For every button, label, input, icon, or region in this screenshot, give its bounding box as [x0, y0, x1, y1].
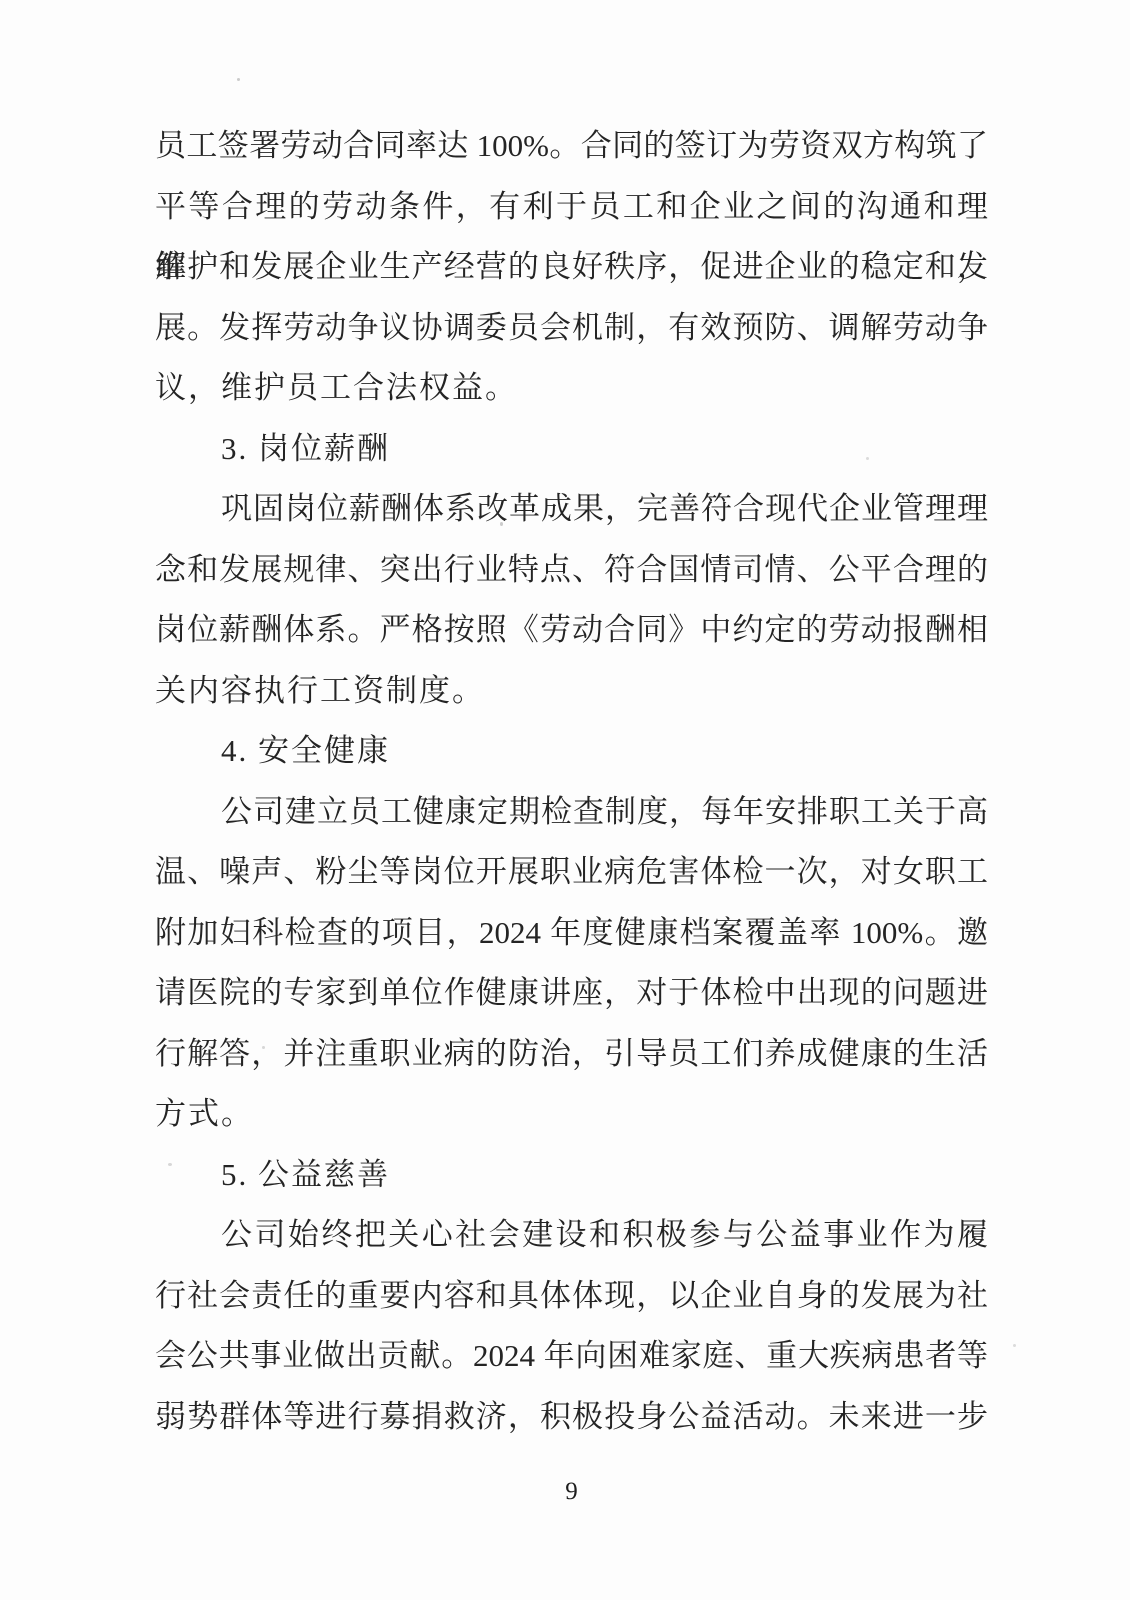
- body-line: 会公共事业做出贡献。2024 年向困难家庭、重大疾病患者等: [155, 1326, 988, 1387]
- body-line: 平等合理的劳动条件，有利于员工和企业之间的沟通和理解，: [155, 177, 988, 238]
- body-line: 弱势群体等进行募捐救济，积极投身公益活动。未来进一步: [155, 1387, 988, 1448]
- body-line: 温、噪声、粉尘等岗位开展职业病危害体检一次，对女职工: [155, 842, 988, 903]
- body-line: 方式。: [155, 1084, 988, 1145]
- scan-speck: [500, 522, 503, 526]
- section-heading: 4. 安全健康: [155, 721, 988, 782]
- body-line: 公司始终把关心社会建设和积极参与公益事业作为履: [155, 1205, 988, 1266]
- scan-speck: [262, 1046, 265, 1049]
- scan-speck: [237, 78, 240, 81]
- body-line: 请医院的专家到单位作健康讲座，对于体检中出现的问题进: [155, 963, 988, 1024]
- scan-speck: [168, 1163, 172, 1166]
- scan-speck: [1013, 1344, 1016, 1347]
- body-line: 公司建立员工健康定期检查制度，每年安排职工关于高: [155, 782, 988, 843]
- body-line: 展。发挥劳动争议协调委员会机制，有效预防、调解劳动争: [155, 298, 988, 359]
- body-line: 员工签署劳动合同率达 100%。合同的签订为劳资双方构筑了: [155, 116, 988, 177]
- body-line: 关内容执行工资制度。: [155, 661, 988, 722]
- section-heading: 5. 公益慈善: [155, 1145, 988, 1206]
- text-column: 员工签署劳动合同率达 100%。合同的签订为劳资双方构筑了平等合理的劳动条件，有…: [155, 116, 988, 1447]
- body-line: 岗位薪酬体系。严格按照《劳动合同》中约定的劳动报酬相: [155, 600, 988, 661]
- section-heading: 3. 岗位薪酬: [155, 419, 988, 480]
- body-line: 维护和发展企业生产经营的良好秩序，促进企业的稳定和发: [155, 237, 988, 298]
- body-line: 巩固岗位薪酬体系改革成果，完善符合现代企业管理理: [155, 479, 988, 540]
- body-line: 念和发展规律、突出行业特点、符合国情司情、公平合理的: [155, 540, 988, 601]
- body-line: 议，维护员工合法权益。: [155, 358, 988, 419]
- document-page: 员工签署劳动合同率达 100%。合同的签订为劳资双方构筑了平等合理的劳动条件，有…: [0, 0, 1130, 1600]
- body-line: 行社会责任的重要内容和具体体现，以企业自身的发展为社: [155, 1266, 988, 1327]
- body-line: 附加妇科检查的项目，2024 年度健康档案覆盖率 100%。邀: [155, 903, 988, 964]
- scan-speck: [866, 457, 869, 460]
- body-line: 行解答，并注重职业病的防治，引导员工们养成健康的生活: [155, 1024, 988, 1085]
- page-number: 9: [155, 1472, 988, 1512]
